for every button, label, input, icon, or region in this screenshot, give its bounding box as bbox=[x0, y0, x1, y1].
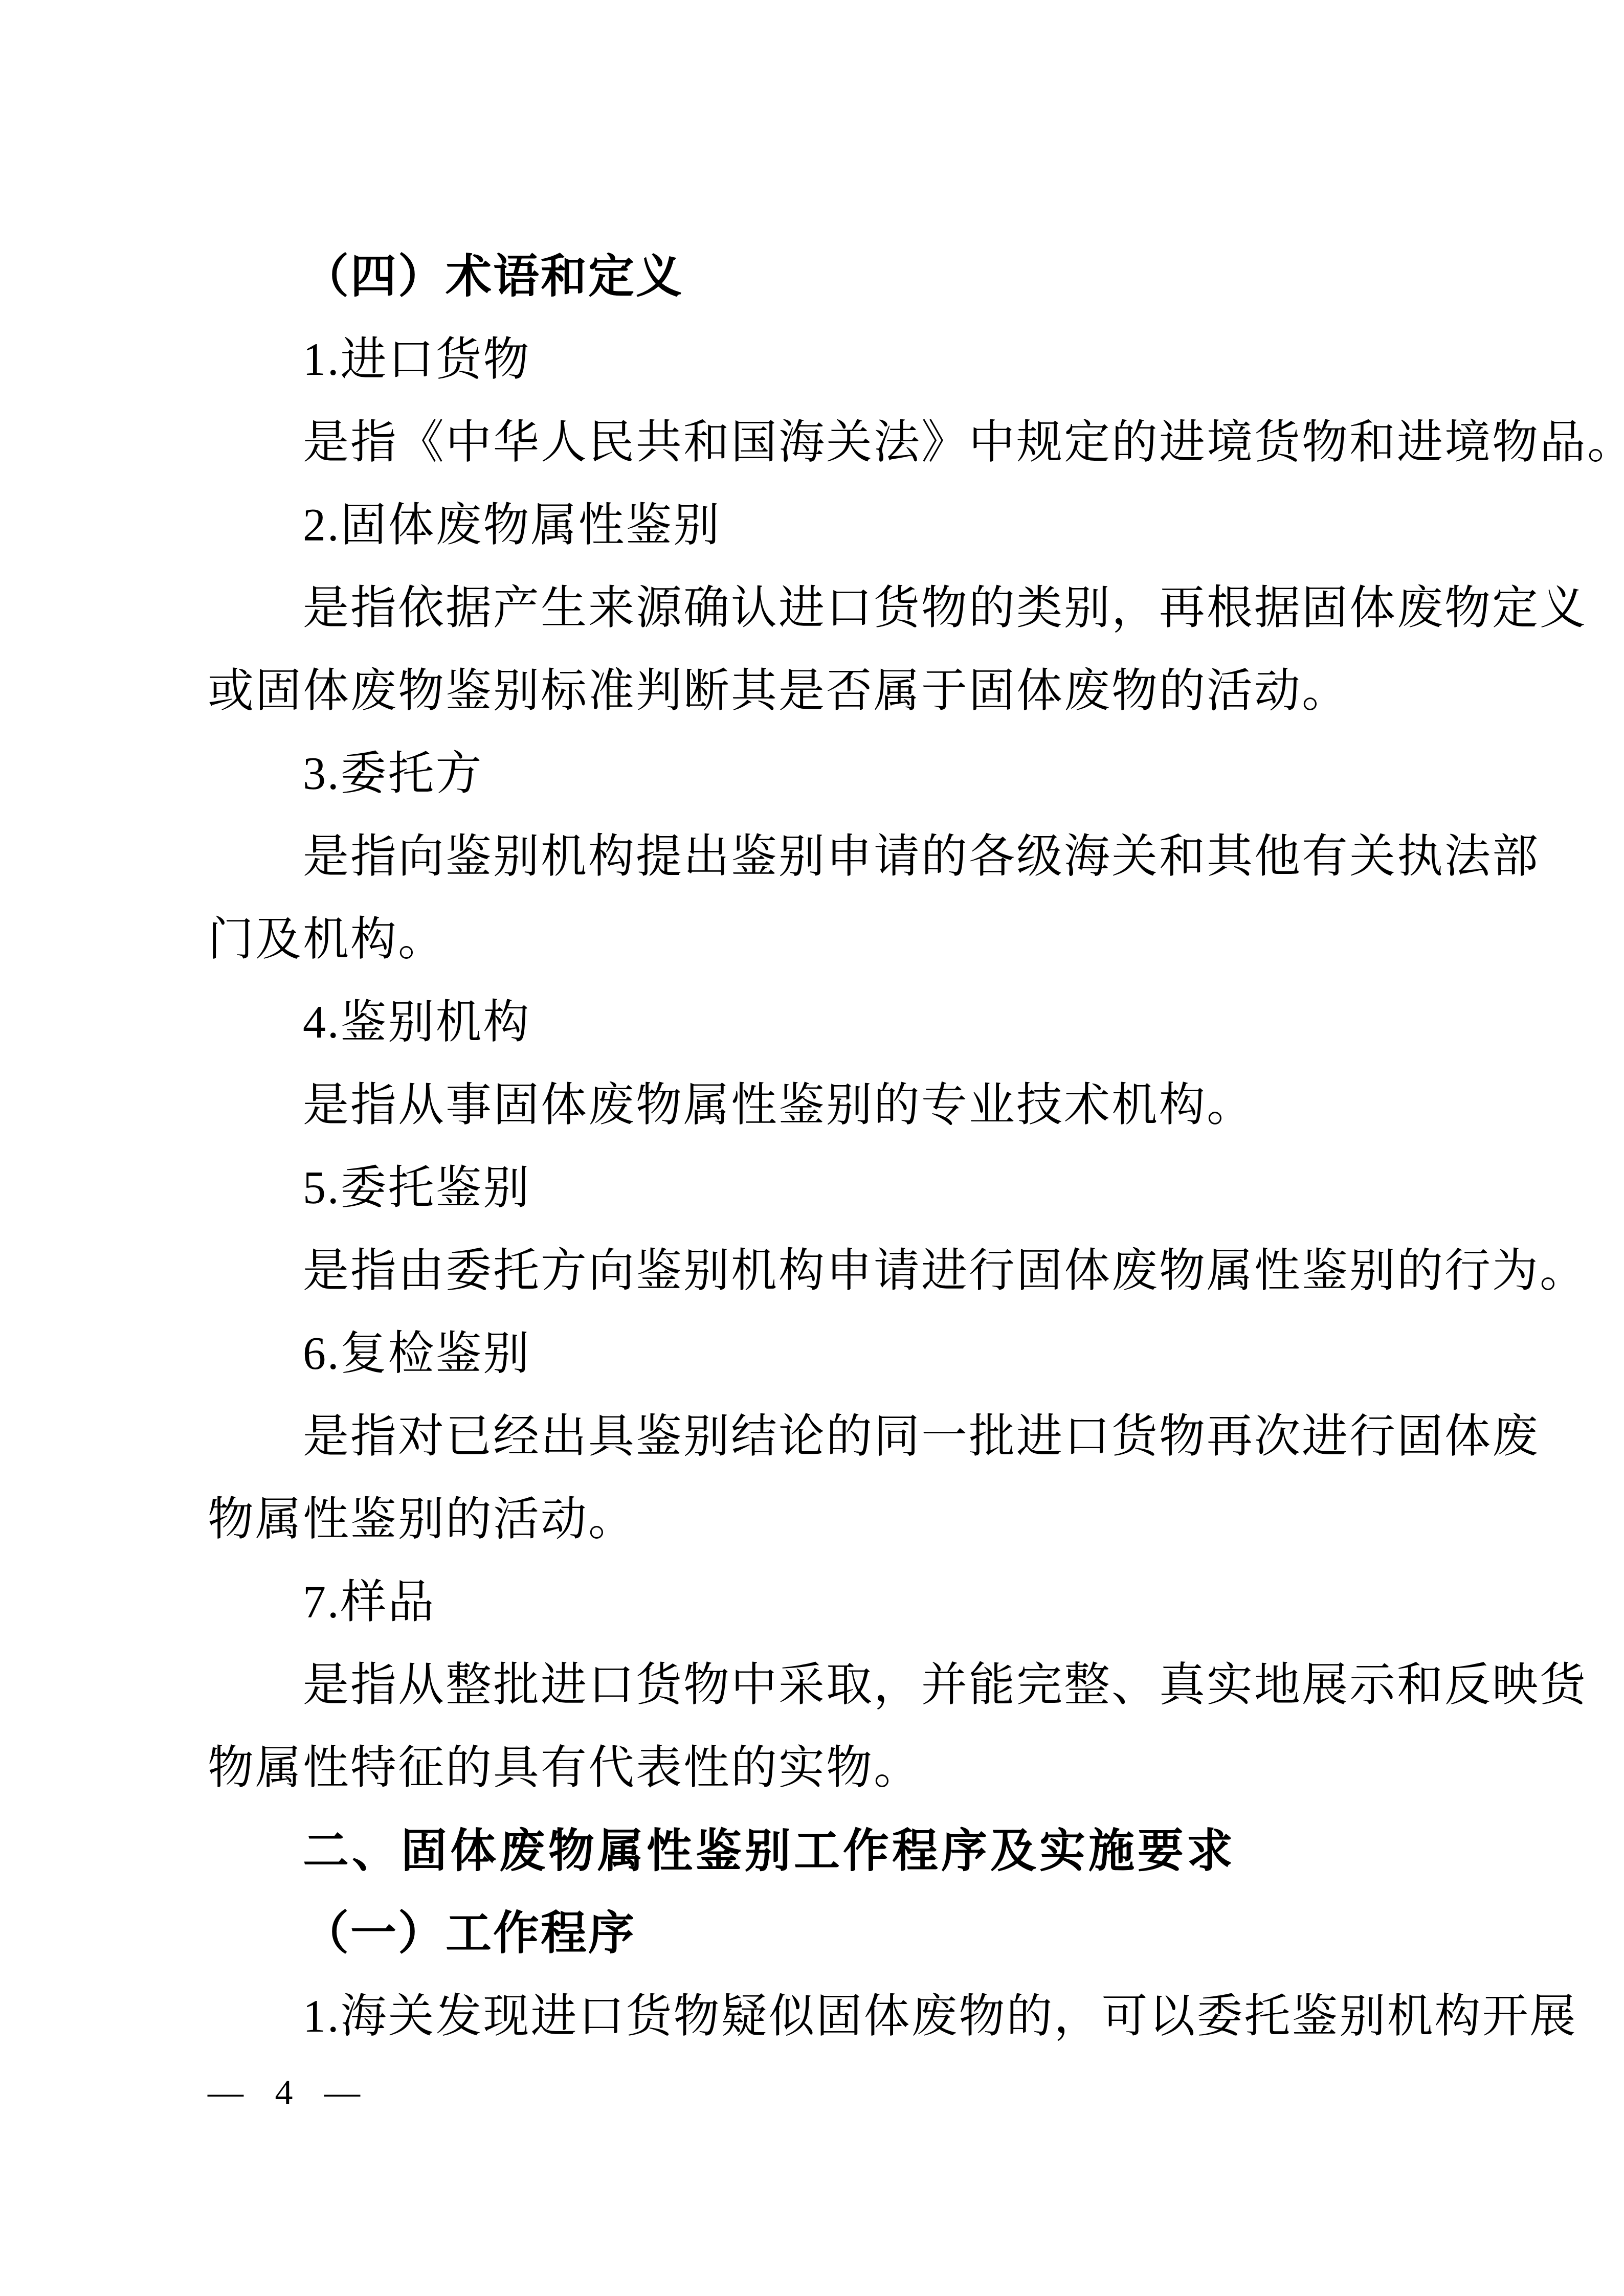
term-6-definition-line-2: 物属性鉴别的活动。 bbox=[208, 1478, 636, 1561]
term-7-title: 7.样品 bbox=[208, 1561, 436, 1644]
heading-work-procedure: （一）工作程序 bbox=[208, 1893, 636, 1975]
heading-terms-and-definitions: （四）术语和定义 bbox=[208, 236, 683, 319]
term-1-title: 1.进口货物 bbox=[208, 319, 531, 401]
document-page: （四）术语和定义 1.进口货物 是指《中华人民共和国海关法》中规定的进境货物和进… bbox=[0, 0, 1624, 2296]
term-4-title: 4.鉴别机构 bbox=[208, 981, 531, 1064]
term-6-title: 6.复检鉴别 bbox=[208, 1313, 531, 1395]
term-7-definition-line-2: 物属性特征的具有代表性的实物。 bbox=[208, 1727, 921, 1810]
term-5-definition: 是指由委托方向鉴别机构申请进行固体废物属性鉴别的行为。 bbox=[208, 1230, 1587, 1313]
term-2-definition-line-2: 或固体废物鉴别标准判断其是否属于固体废物的活动。 bbox=[208, 650, 1349, 733]
term-1-definition: 是指《中华人民共和国海关法》中规定的进境货物和进境物品。 bbox=[208, 401, 1624, 484]
term-5-title: 5.委托鉴别 bbox=[208, 1147, 531, 1230]
term-2-title: 2.固体废物属性鉴别 bbox=[208, 484, 721, 567]
term-7-definition-line-1: 是指从整批进口货物中采取，并能完整、真实地展示和反映货 bbox=[208, 1644, 1587, 1727]
term-6-definition-line-1: 是指对已经出具鉴别结论的同一批进口货物再次进行固体废 bbox=[208, 1395, 1540, 1478]
page-number: — 4 — bbox=[208, 2060, 365, 2126]
heading-section-2-procedures: 二、固体废物属性鉴别工作程序及实施要求 bbox=[208, 1810, 1236, 1893]
term-3-definition-line-2: 门及机构。 bbox=[208, 898, 446, 981]
term-3-definition-line-1: 是指向鉴别机构提出鉴别申请的各级海关和其他有关执法部 bbox=[208, 816, 1540, 898]
term-2-definition-line-1: 是指依据产生来源确认进口货物的类别，再根据固体废物定义 bbox=[208, 567, 1587, 650]
paragraph-work-procedure-line-1: 1.海关发现进口货物疑似固体废物的，可以委托鉴别机构开展 bbox=[208, 1975, 1577, 2058]
term-3-title: 3.委托方 bbox=[208, 733, 483, 816]
term-4-definition: 是指从事固体废物属性鉴别的专业技术机构。 bbox=[208, 1064, 1254, 1147]
